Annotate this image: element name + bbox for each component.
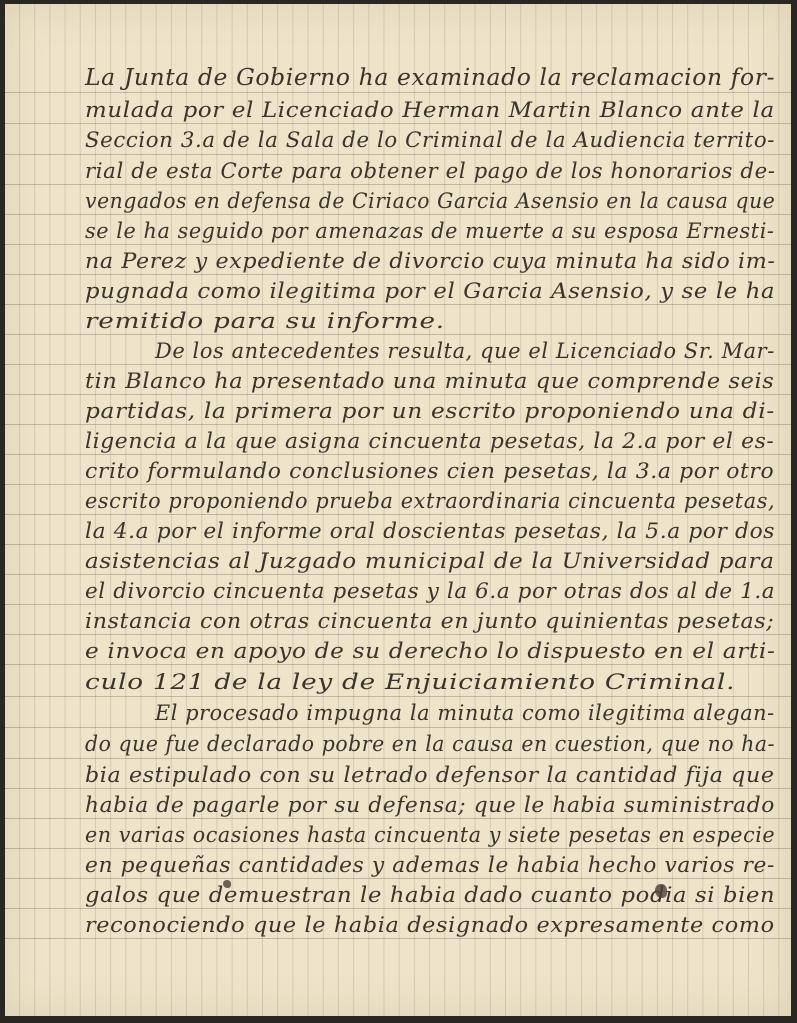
ruled-line	[5, 123, 791, 124]
text-line: Seccion 3.a de la Sala de lo Criminal de…	[85, 128, 775, 152]
text-line: en varias ocasiones hasta cincuenta y si…	[85, 823, 775, 847]
ruled-line	[5, 304, 791, 305]
ruled-line	[5, 938, 791, 939]
ruled-line	[5, 878, 791, 879]
ruled-line	[5, 727, 791, 728]
text-line: galos que demuestran le habia dado cuant…	[85, 883, 775, 907]
ink-blot	[223, 880, 231, 888]
text-line: reconociendo que le habia designado expr…	[85, 913, 775, 937]
text-line: bia estipulado con su letrado defensor l…	[85, 763, 775, 787]
ruled-line	[5, 696, 791, 697]
ruled-line	[5, 758, 791, 759]
ruled-line	[5, 574, 791, 575]
text-line: De los antecedentes resulta, que el Lice…	[155, 339, 775, 363]
ruled-line	[5, 604, 791, 605]
text-line: escrito proponiendo prueba extraordinari…	[85, 489, 775, 513]
ruled-line	[5, 788, 791, 789]
ruled-line	[5, 664, 791, 665]
text-line: remitido para su informe.	[85, 309, 445, 333]
text-line: tin Blanco ha presentado una minuta que …	[85, 369, 774, 393]
ruled-line	[5, 514, 791, 515]
ruled-line	[5, 818, 791, 819]
text-line: mulada por el Licenciado Herman Martin B…	[85, 98, 775, 122]
text-line: na Perez y expediente de divorcio cuya m…	[85, 249, 775, 273]
text-line: crito formulando conclusiones cien peset…	[85, 459, 774, 483]
ruled-line	[5, 214, 791, 215]
ruled-line	[5, 154, 791, 155]
ruled-line	[5, 92, 791, 93]
ruled-line	[5, 184, 791, 185]
text-line: La Junta de Gobierno ha examinado la rec…	[85, 66, 775, 90]
text-line: instancia con otras cincuenta en junto q…	[85, 609, 774, 633]
text-line: pugnada como ilegitima por el Garcia Ase…	[85, 279, 775, 303]
text-line: culo 121 de la ley de Enjuiciamiento Cri…	[85, 670, 735, 694]
ruled-line	[5, 334, 791, 335]
ruled-line	[5, 394, 791, 395]
ruled-line	[5, 454, 791, 455]
text-line: partidas, la primera por un escrito prop…	[85, 399, 775, 423]
text-line: e invoca en apoyo de su derecho lo dispu…	[85, 639, 776, 663]
text-line: ligencia a la que asigna cincuenta peset…	[85, 429, 774, 453]
text-line: do que fue declarado pobre en la causa e…	[85, 732, 775, 756]
ruled-line	[5, 274, 791, 275]
text-line: la 4.a por el informe oral doscientas pe…	[85, 519, 775, 543]
ruled-line	[5, 908, 791, 909]
text-line: vengados en defensa de Ciriaco Garcia As…	[85, 189, 775, 213]
ruled-line	[5, 544, 791, 545]
text-line: rial de esta Corte para obtener el pago …	[85, 159, 776, 183]
ruled-line	[5, 424, 791, 425]
ruled-line	[5, 244, 791, 245]
text-line: asistencias al Juzgado municipal de la U…	[85, 549, 775, 573]
ruled-line	[5, 634, 791, 635]
text-line: en pequeñas cantidades y ademas le habia…	[85, 853, 775, 877]
ruled-line	[5, 848, 791, 849]
text-line: El procesado impugna la minuta como ileg…	[155, 701, 775, 725]
manuscript-page: La Junta de Gobierno ha examinado la rec…	[5, 4, 791, 1016]
ink-blot	[655, 884, 667, 898]
text-line: se le ha seguido por amenazas de muerte …	[85, 219, 775, 243]
text-line: el divorcio cincuenta pesetas y la 6.a p…	[85, 579, 775, 603]
ruled-line	[5, 484, 791, 485]
text-line: habia de pagarle por su defensa; que le …	[85, 793, 775, 817]
ruled-line	[5, 364, 791, 365]
